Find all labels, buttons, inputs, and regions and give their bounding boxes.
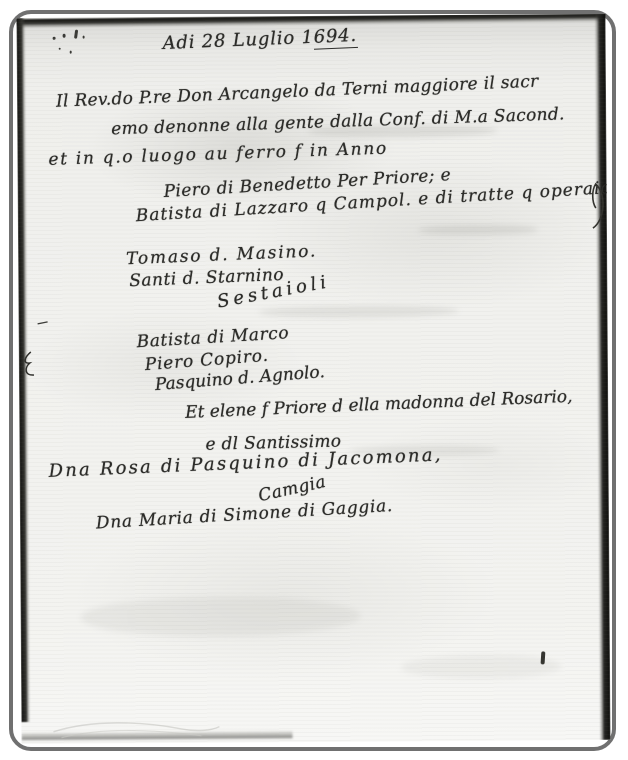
bleed-through-stain <box>258 305 458 318</box>
margin-squiggle-mark <box>21 350 37 380</box>
manuscript-line: Et elene f Priore d ella madonna del Ros… <box>185 389 573 422</box>
ink-blot <box>74 29 78 38</box>
manuscript-viewer: Adi 28 Luglio 1694. Il Rev.do P.re Don A… <box>0 0 628 760</box>
ink-speck <box>83 36 85 39</box>
manuscript-line: emo denonne alla gente dalla Conf. di M.… <box>111 106 565 138</box>
manuscript-scan: Adi 28 Luglio 1694. Il Rev.do P.re Don A… <box>16 14 610 744</box>
manuscript-line: Dna Maria di Simone di Gaggia. <box>96 498 394 533</box>
bleed-through-stain <box>401 654 561 679</box>
ink-speck <box>53 37 56 40</box>
bleed-through-stain <box>81 596 361 638</box>
margin-tick-mark <box>37 310 49 314</box>
bleed-through-stain <box>418 224 538 235</box>
date-underlined-text: 694. <box>313 25 357 50</box>
manuscript-line: et in q.o luogo au ferro f in Anno <box>48 141 388 169</box>
scan-bottom-edge <box>21 730 292 740</box>
date-line: Adi 28 Luglio 1694. <box>162 27 357 53</box>
date-text: Adi 28 Luglio 1 <box>162 27 314 54</box>
ink-dash-mark <box>541 651 546 664</box>
manuscript-line: Tomaso d. Masino. <box>126 243 318 268</box>
ink-speck <box>63 34 66 38</box>
pencil-curve-mark <box>51 717 221 740</box>
manuscript-line: Il Rev.do P.re Don Arcangelo da Terni ma… <box>56 74 539 111</box>
ink-speck <box>70 51 72 54</box>
ink-speck <box>59 48 61 50</box>
